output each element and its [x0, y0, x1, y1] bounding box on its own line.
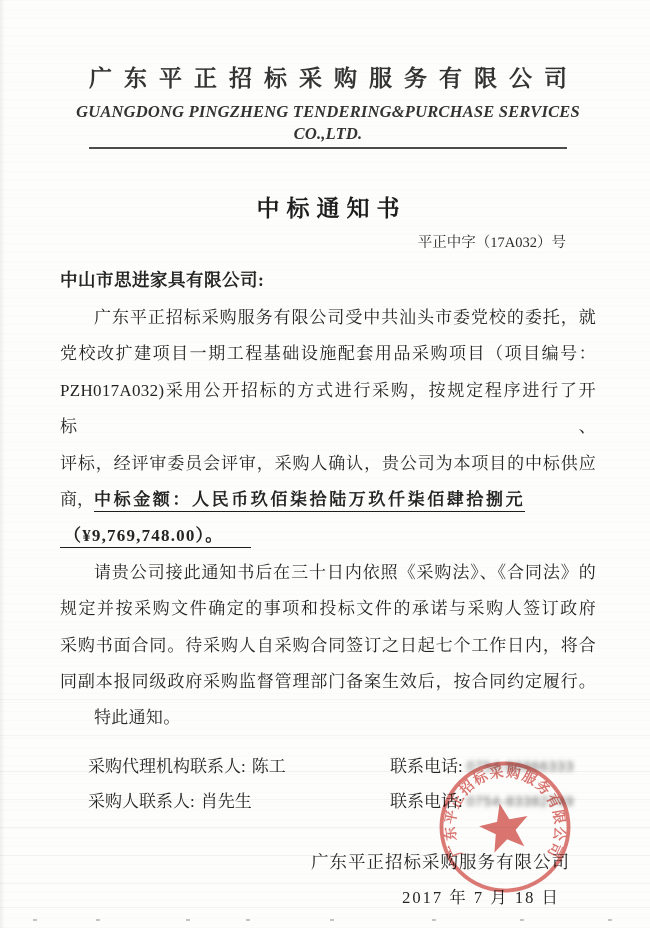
- contact-name: 陈工: [252, 757, 286, 776]
- phone-label: 联系电话:: [390, 749, 463, 785]
- phone-value-redacted: 0754-83382749: [467, 784, 575, 820]
- document-number: 平正中字（17A032）号: [60, 233, 596, 253]
- contact-name: 肖先生: [201, 792, 252, 811]
- award-amount-emphasis: 中标金额：人民币玖佰柒拾陆万玖仟柒佰肆拾捌元: [94, 490, 525, 512]
- contact-person: 采购代理机构联系人:陈工: [88, 749, 390, 785]
- closing-line: 特此通知。: [60, 700, 596, 736]
- award-amount-line: 商，中标金额：人民币玖佰柒拾陆万玖仟柒佰肆拾捌元: [60, 482, 596, 518]
- contact-person: 采购人联系人:肖先生: [88, 784, 390, 820]
- signature-company: 广东平正招标采购服务有限公司: [60, 844, 570, 881]
- document-page: 广东平正招标采购服务有限公司 GUANGDONG PINGZHENG TENDE…: [0, 0, 650, 928]
- company-name-cn: 广东平正招标采购服务有限公司: [60, 64, 596, 94]
- contact-row: 采购代理机构联系人:陈工 联系电话: 0754-88866333: [88, 749, 596, 785]
- phone-label: 联系电话:: [390, 784, 463, 820]
- signature-block: 广东平正招标采购服务有限公司 2017 年 7 月 18 日: [60, 844, 596, 917]
- body-line: 党校改扩建项目一期工程基础设施配套用品采购项目（项目编号：: [60, 336, 596, 372]
- scan-speck: [33, 919, 37, 921]
- contact-label: 采购人联系人:: [88, 792, 195, 811]
- scan-speck: [330, 919, 334, 921]
- scan-edge-shadow: [0, 0, 5, 928]
- addressee: 中山市思进家具有限公司:: [60, 265, 596, 295]
- phone-value-redacted: 0754-88866333: [467, 749, 575, 785]
- scan-speck: [246, 919, 250, 921]
- scan-speck: [520, 919, 524, 921]
- letterhead-rule: [89, 147, 567, 149]
- contact-row: 采购人联系人:肖先生 联系电话: 0754-83382749: [88, 784, 596, 820]
- scan-speck: [608, 919, 612, 921]
- signature-date: 2017 年 7 月 18 日: [60, 880, 570, 917]
- award-amount-figures: （¥9,769,748.00）。: [60, 526, 251, 548]
- body-line: 同副本报同级政府采购监督管理部门备案生效后，按合同约定履行。: [60, 664, 596, 700]
- contacts-section: 采购代理机构联系人:陈工 联系电话: 0754-88866333 采购人联系人:…: [60, 749, 596, 820]
- scan-speck: [432, 919, 436, 921]
- body-line: 采购书面合同。待采购人自采购合同签订之日起七个工作日内，将合: [60, 628, 596, 664]
- award-figures-line: （¥9,769,748.00）。: [60, 518, 596, 554]
- document-title: 中标通知书: [60, 193, 596, 225]
- body-line: 广东平正招标采购服务有限公司受中共汕头市委党校的委托，就: [60, 300, 596, 336]
- body-line: 评标，经评审委员会评审，采购人确认，贵公司为本项目的中标供应: [60, 446, 596, 482]
- body-line: 规定并按采购文件确定的事项和投标文件的承诺与采购人签订政府: [60, 591, 596, 627]
- company-name-en: GUANGDONG PINGZHENG TENDERING&PURCHASE S…: [60, 101, 596, 145]
- body-line: PZH017A032)采用公开招标的方式进行采购，按规定程序进行了开标、: [60, 373, 596, 446]
- body-line: 请贵公司接此通知书后在三十日内依照《采购法》、《合同法》的: [60, 555, 596, 591]
- scan-speck: [96, 919, 100, 921]
- award-amount-prefix: 商，: [60, 490, 94, 509]
- contact-label: 采购代理机构联系人:: [88, 757, 246, 776]
- scan-speck: [186, 919, 190, 921]
